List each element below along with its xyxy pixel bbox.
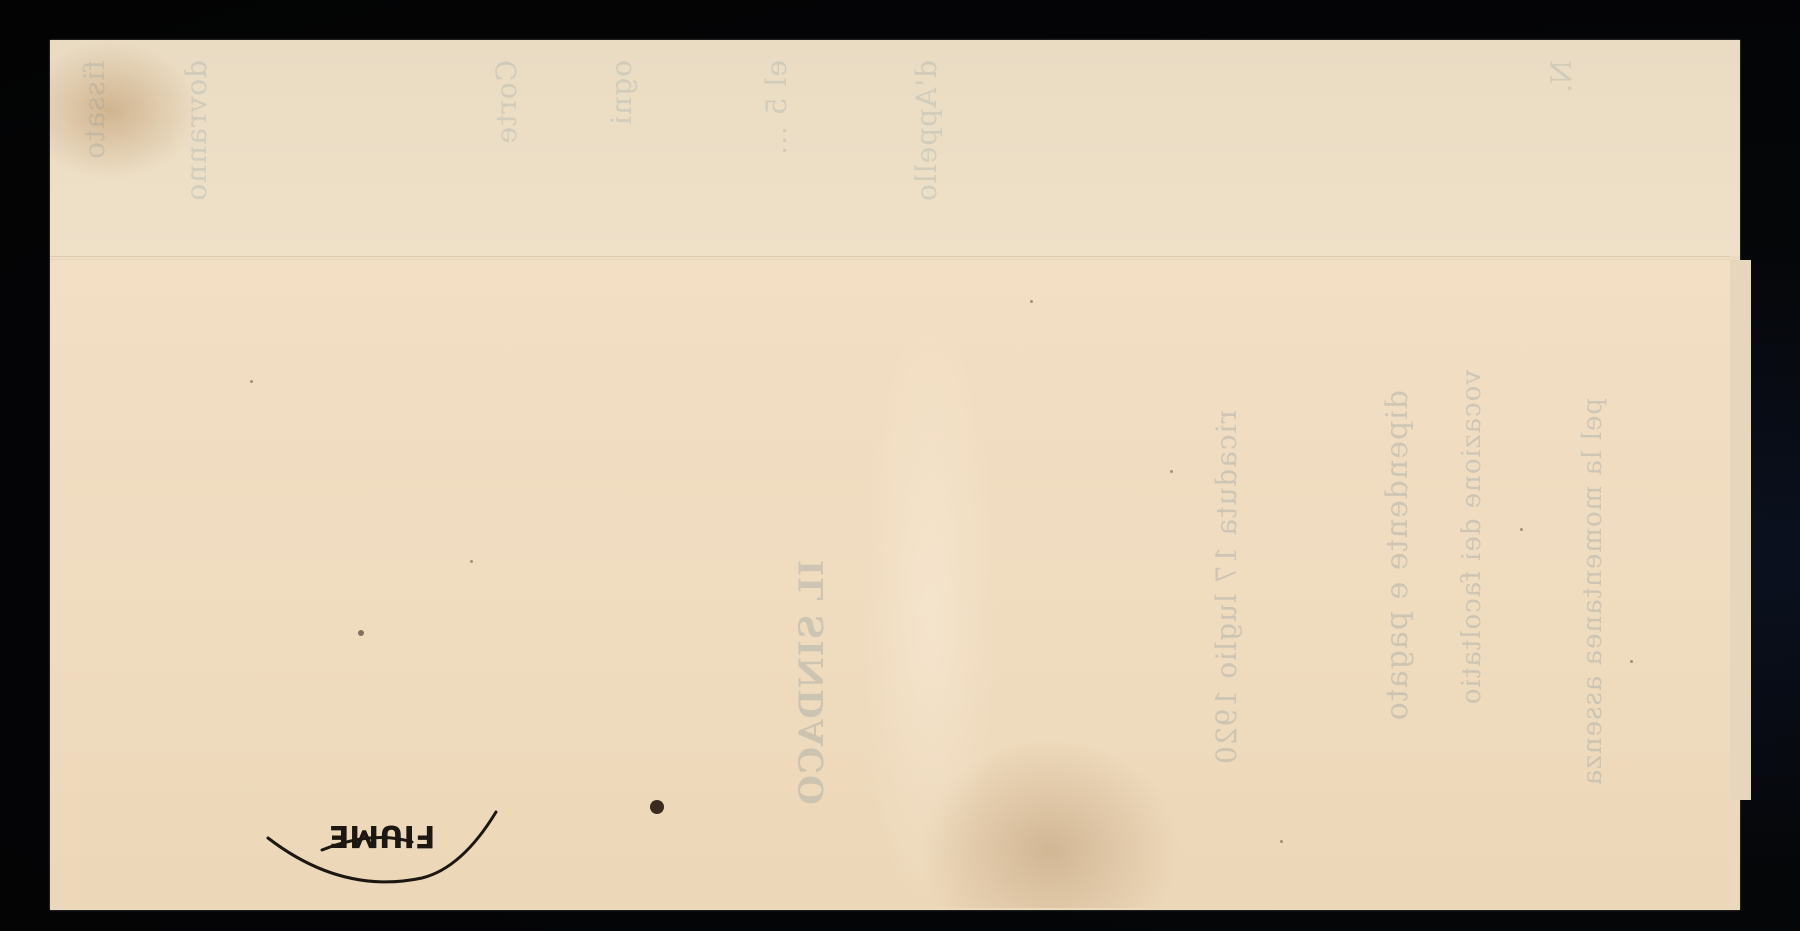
scan-background: fissato dovranno Corte ogni el 5 ... d'A… [0, 0, 1800, 931]
paper-edge-strip [1728, 260, 1751, 800]
ghost-text: ogni [605, 60, 638, 126]
ghost-text-signature: IL SINDACO [792, 560, 832, 806]
ink-spot [358, 630, 364, 636]
ghost-text: el 5 ... [760, 60, 793, 156]
ghost-text: ricaduta 17 luglio 1920 [1210, 410, 1243, 765]
postmark-text: FIUME [329, 818, 435, 853]
ghost-text: Corte [490, 60, 523, 145]
ghost-text: d'Appello [910, 60, 943, 202]
top-flap: fissato dovranno Corte ogni el 5 ... d'A… [50, 40, 1740, 256]
ghost-text: vocazione dei facoltatio [1457, 370, 1487, 705]
postmark-stamp: FIUME [262, 800, 502, 900]
ink-spot [650, 800, 664, 814]
ghost-text: N. [1545, 60, 1578, 94]
ghost-text: dovranno [180, 60, 213, 202]
ghost-text: fissato [78, 60, 111, 160]
ghost-text: pel la momentanea assenza [1578, 398, 1608, 786]
ghost-text: dipendente e pagato [1380, 390, 1415, 721]
